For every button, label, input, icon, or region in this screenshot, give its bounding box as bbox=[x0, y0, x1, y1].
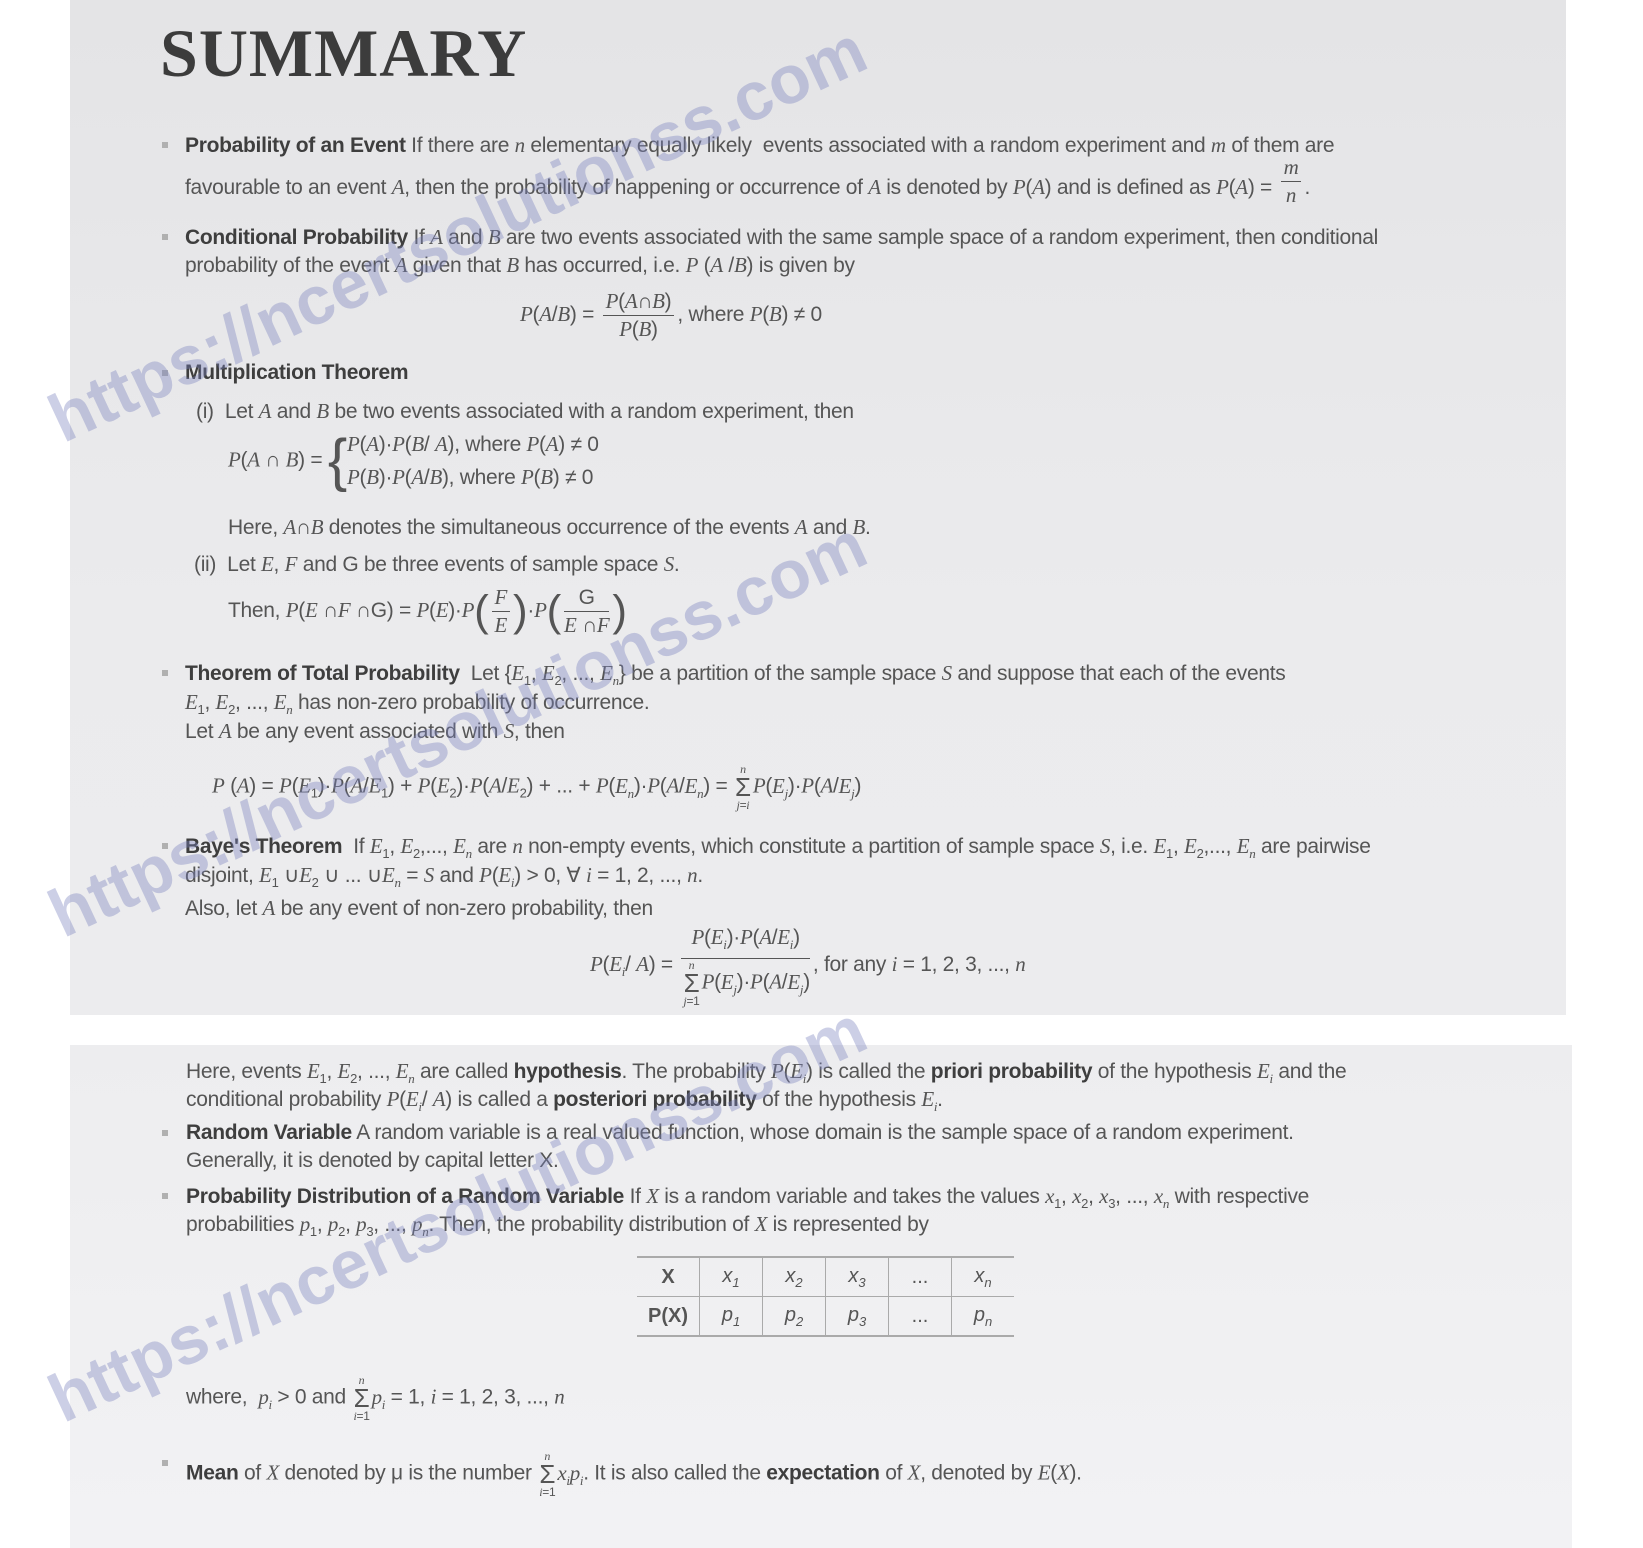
prob-event-line1: Probability of an Event If there are n e… bbox=[185, 132, 1334, 159]
multiplication-part-i: (i) Let A and B be two events associated… bbox=[196, 398, 854, 425]
bullet bbox=[162, 670, 168, 676]
multiplication-heading: Multiplication Theorem bbox=[185, 360, 408, 386]
prob-event-line2: favourable to an event A, then the proba… bbox=[185, 168, 1310, 209]
conditional-formula: P(A/B) = P(A∩B)P(B), where P(B) ≠ 0 bbox=[520, 288, 822, 343]
table-row: X x1 x2 x3 ... xn bbox=[637, 1257, 1014, 1297]
bullet bbox=[162, 234, 168, 240]
prob-event-heading: Probability of an Event bbox=[185, 134, 406, 157]
conditional-heading: Conditional Probability bbox=[185, 226, 408, 249]
bayes-formula: P(Ei/ A) = P(Ei)·P(A/Ei)nΣj=1P(Ej)·P(A/E… bbox=[590, 924, 1025, 1007]
distribution-heading: Probability Distribution of a Random Var… bbox=[186, 1185, 624, 1208]
bayes-line2: disjoint, E1 ∪E2 ∪ ... ∪En = S and P(Ei)… bbox=[185, 862, 703, 896]
page-title: SUMMARY bbox=[160, 14, 527, 93]
total-prob-heading: Theorem of Total Probability bbox=[185, 662, 460, 685]
bullet bbox=[162, 1130, 168, 1136]
multiplication-cases: P(A ∩ B) = {P(A)·P(B/ A), where P(A) ≠ 0… bbox=[228, 428, 599, 494]
hypothesis-line2: conditional probability P(Ei/ A) is call… bbox=[186, 1086, 943, 1120]
random-var-line1: Random Variable A random variable is a r… bbox=[186, 1120, 1294, 1146]
bayes-heading: Baye's Theorem bbox=[185, 835, 342, 858]
distribution-condition: where, pi > 0 and nΣi=1pi = 1, i = 1, 2,… bbox=[186, 1374, 564, 1422]
bayes-line3: Also, let A be any event of non-zero pro… bbox=[185, 895, 653, 922]
multiplication-note: Here, A∩B denotes the simultaneous occur… bbox=[228, 514, 871, 541]
conditional-line1: Conditional Probability If A and B are t… bbox=[185, 224, 1378, 251]
random-var-line2: Generally, it is denoted by capital lett… bbox=[186, 1148, 558, 1174]
mean-heading: Mean bbox=[186, 1462, 238, 1485]
bullet bbox=[162, 843, 168, 849]
bullet bbox=[162, 370, 168, 376]
distribution-line2: probabilities p1, p2, p3, ..., pn. Then,… bbox=[186, 1211, 929, 1245]
table-row: P(X) p1 p2 p3 ... pn bbox=[637, 1297, 1014, 1337]
multiplication-part-ii: (ii) Let E, F and G be three events of s… bbox=[194, 551, 679, 578]
total-prob-formula: P (A) = P(E1)·P(A/E1) + P(E2)·P(A/E2) + … bbox=[212, 763, 861, 811]
bullet bbox=[162, 142, 168, 148]
bullet bbox=[162, 1460, 168, 1466]
multiplication-formula-ii: Then, P(E ∩F ∩G) = P(E)·P(FE)·P(GE ∩F) bbox=[228, 584, 627, 639]
distribution-table: X x1 x2 x3 ... xn P(X) p1 p2 p3 ... pn bbox=[637, 1256, 1014, 1337]
conditional-line2: probability of the event A given that B … bbox=[185, 252, 855, 279]
mean-line: Mean of X denoted by μ is the number nΣi… bbox=[186, 1450, 1082, 1498]
total-prob-line3: Let A be any event associated with S, th… bbox=[185, 718, 565, 745]
random-var-heading: Random Variable bbox=[186, 1121, 352, 1144]
bullet bbox=[162, 1193, 168, 1199]
